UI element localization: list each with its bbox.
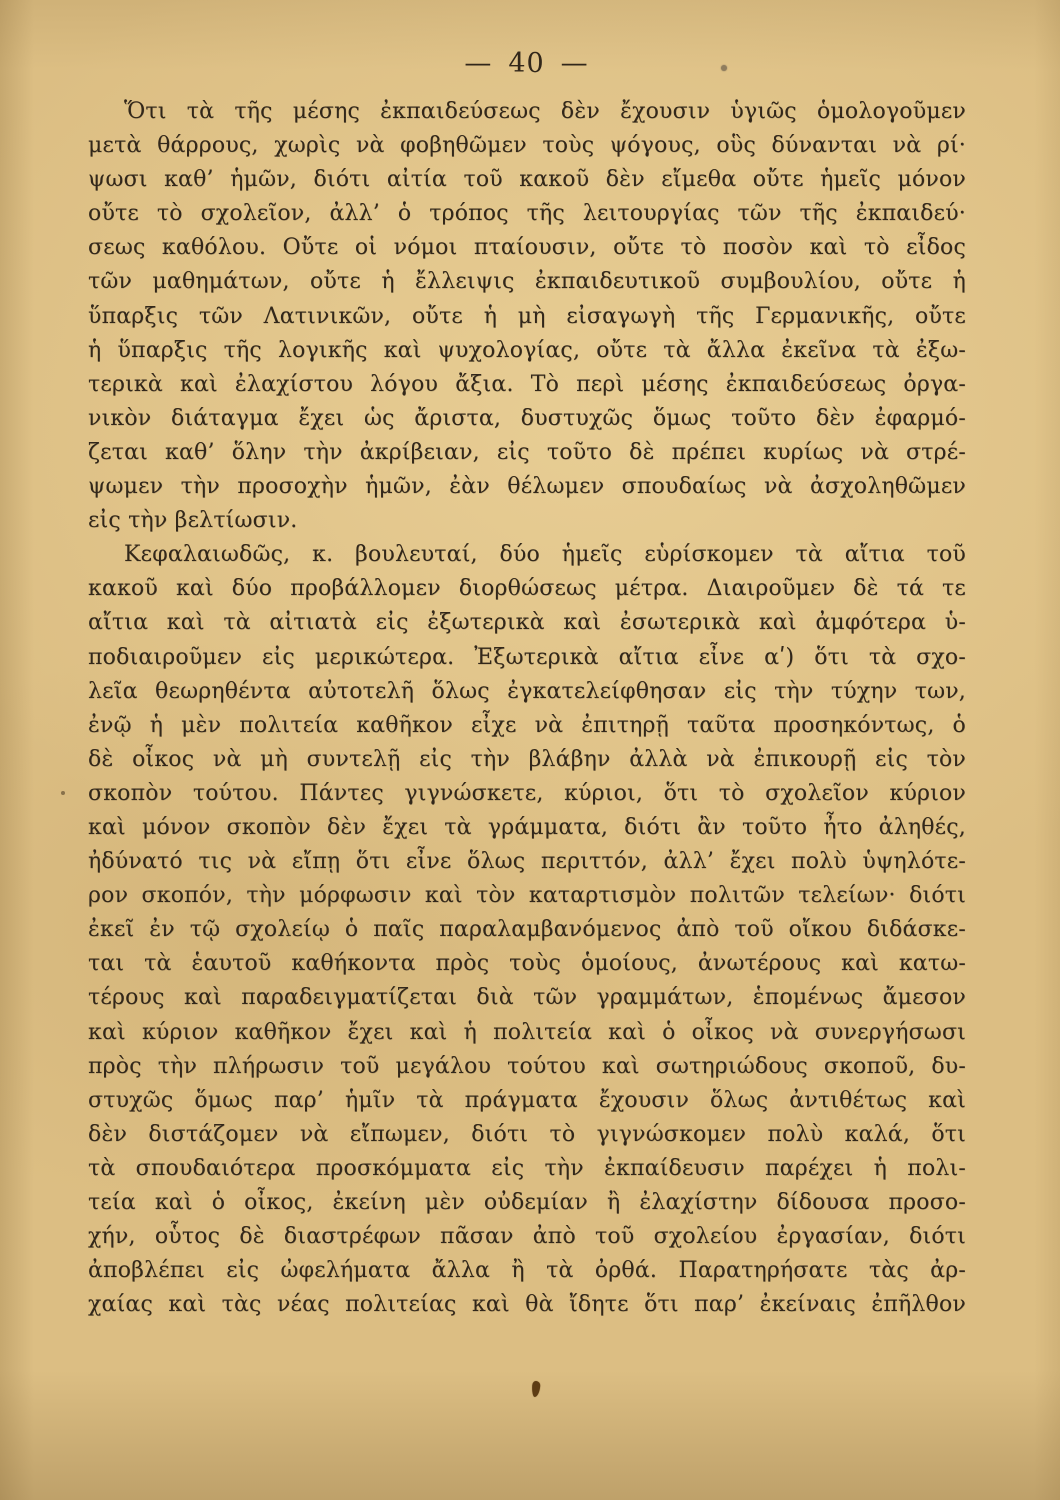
text-line: Ὅτι τὰ τῆς μέσης ἐκπαιδεύσεως δὲν ἔχουσι… (88, 95, 966, 129)
text-line: ψωμεν τὴν προσοχὴν ἡμῶν, ἐὰν θέλωμεν σπο… (88, 470, 966, 504)
text-line: εἰς τὴν βελτίωσιν. (88, 504, 966, 538)
text-line: τὰ σπουδαιότερα προσκόμματα εἰς τὴν ἐκπα… (88, 1152, 966, 1186)
text-line: χήν, οὗτος δὲ διαστρέφων πᾶσαν ἀπὸ τοῦ σ… (88, 1220, 966, 1254)
text-line: σκοπὸν τούτου. Πάντες γιγνώσκετε, κύριοι… (88, 777, 966, 811)
text-line: τερικὰ καὶ ἐλαχίστου λόγου ἄξια. Τὸ περὶ… (88, 368, 966, 402)
scanned-page: —40— Ὅτι τὰ τῆς μέσης ἐκπαιδεύσεως δὲν ἔ… (0, 0, 1060, 1500)
text-line: χαίας καὶ τὰς νέας πολιτείας καὶ θὰ ἴδητ… (88, 1288, 966, 1322)
text-line: Κεφαλαιωδῶς, κ. βουλευταί, δύο ἡμεῖς εὑρ… (88, 538, 966, 572)
text-line: πρὸς τὴν πλήρωσιν τοῦ μεγάλου τούτου καὶ… (88, 1050, 966, 1084)
text-line: δὲν διστάζομεν νὰ εἴπωμεν, διότι τὸ γιγν… (88, 1118, 966, 1152)
text-line: ται τὰ ἑαυτοῦ καθήκοντα πρὸς τοὺς ὁμοίου… (88, 947, 966, 981)
text-line: λεῖα θεωρηθέντα αὐτοτελῆ ὅλως ἐγκατελείφ… (88, 675, 966, 709)
ink-spot (531, 1381, 540, 1398)
text-line: καὶ κύριον καθῆκον ἔχει καὶ ἡ πολιτεία κ… (88, 1016, 966, 1050)
text-line: ψωσι καθ’ ἡμῶν, διότι αἰτία τοῦ κακοῦ δὲ… (88, 163, 966, 197)
text-line: καὶ μόνον σκοπὸν δὲν ἔχει τὰ γράμματα, δ… (88, 811, 966, 845)
text-line: τεία καὶ ὁ οἶκος, ἐκείνη μὲν οὐδεμίαν ἢ … (88, 1186, 966, 1220)
text-line: ἡ ὕπαρξις τῆς λογικῆς καὶ ψυχολογίας, οὔ… (88, 334, 966, 368)
header-dash-left: — (464, 48, 492, 79)
text-line: ὕπαρξις τῶν Λατινικῶν, οὔτε ἡ μὴ εἰσαγωγ… (88, 300, 966, 334)
text-line: σεως καθόλου. Οὔτε οἱ νόμοι πταίουσιν, ο… (88, 231, 966, 265)
text-line: οὔτε τὸ σχολεῖον, ἀλλ’ ὁ τρόπος τῆς λειτ… (88, 197, 966, 231)
page-number: 40 (508, 48, 544, 79)
text-line: ἐνῷ ἡ μὲν πολιτεία καθῆκον εἶχε νὰ ἐπιτη… (88, 709, 966, 743)
text-line: νικὸν διάταγμα ἔχει ὡς ἄριστα, δυστυχῶς … (88, 402, 966, 436)
paragraph: Ὅτι τὰ τῆς μέσης ἐκπαιδεύσεως δὲν ἔχουσι… (88, 95, 966, 538)
text-line: ζεται καθ’ ὅλην τὴν ἀκρίβειαν, εἰς τοῦτο… (88, 436, 966, 470)
header-dash-right: — (561, 48, 589, 79)
text-line: ἀποβλέπει εἰς ὠφελήματα ἄλλα ἢ τὰ ὀρθά. … (88, 1254, 966, 1288)
paper-speck (721, 65, 727, 71)
page-header: —40— (0, 48, 1053, 80)
paper-dot (61, 791, 65, 795)
text-line: τέρους καὶ παραδειγματίζεται διὰ τῶν γρα… (88, 981, 966, 1015)
text-line: αἴτια καὶ τὰ αἰτιατὰ εἰς ἐξωτερικὰ καὶ ἐ… (88, 606, 966, 640)
text-line: μετὰ θάρρους, χωρὶς νὰ φοβηθῶμεν τοὺς ψό… (88, 129, 966, 163)
text-line: ἠδύνατό τις νὰ εἴπῃ ὅτι εἶνε ὅλως περιττ… (88, 845, 966, 879)
text-line: στυχῶς ὅμως παρ’ ἡμῖν τὰ πράγματα ἔχουσι… (88, 1084, 966, 1118)
text-line: ἐκεῖ ἐν τῷ σχολείῳ ὁ παῖς παραλαμβανόμεν… (88, 913, 966, 947)
text-line: ποδιαιροῦμεν εἰς μερικώτερα. Ἐξωτερικὰ α… (88, 641, 966, 675)
text-line: ρον σκοπόν, τὴν μόρφωσιν καὶ τὸν καταρτι… (88, 879, 966, 913)
paragraph: Κεφαλαιωδῶς, κ. βουλευταί, δύο ἡμεῖς εὑρ… (88, 538, 966, 1322)
text-line: τῶν μαθημάτων, οὔτε ἡ ἔλλειψις ἐκπαιδευτ… (88, 265, 966, 299)
text-block: Ὅτι τὰ τῆς μέσης ἐκπαιδεύσεως δὲν ἔχουσι… (88, 95, 966, 1322)
text-line: κακοῦ καὶ δύο προβάλλομεν διορθώσεως μέτ… (88, 572, 966, 606)
text-line: δὲ οἶκος νὰ μὴ συντελῇ εἰς τὴν βλάβην ἀλ… (88, 743, 966, 777)
